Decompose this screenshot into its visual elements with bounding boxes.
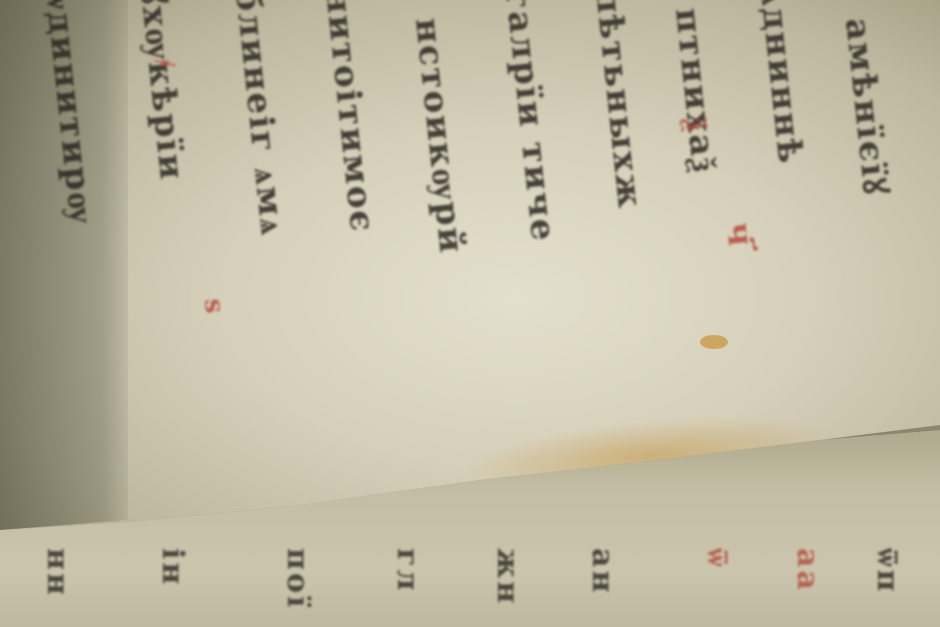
ink-spot [700, 335, 728, 349]
lower-text: жн [490, 548, 525, 606]
red-mark: ѕ [200, 297, 228, 316]
lower-text: пої [280, 548, 315, 610]
lower-text: нн [40, 548, 75, 598]
lower-text: ѿп [870, 548, 905, 595]
lower-text: ін [155, 548, 190, 587]
manuscript-photo: ѡдинитирѹ ꙋхѹкѣрїи блинеіг ѧмѧ нитоітимо… [0, 0, 940, 627]
lower-text: аа [790, 548, 825, 593]
lower-text: гл [390, 548, 425, 594]
red-mark: ч҃ [720, 221, 762, 250]
lower-text: ѿ [700, 548, 735, 570]
lower-text: ан [585, 548, 620, 595]
